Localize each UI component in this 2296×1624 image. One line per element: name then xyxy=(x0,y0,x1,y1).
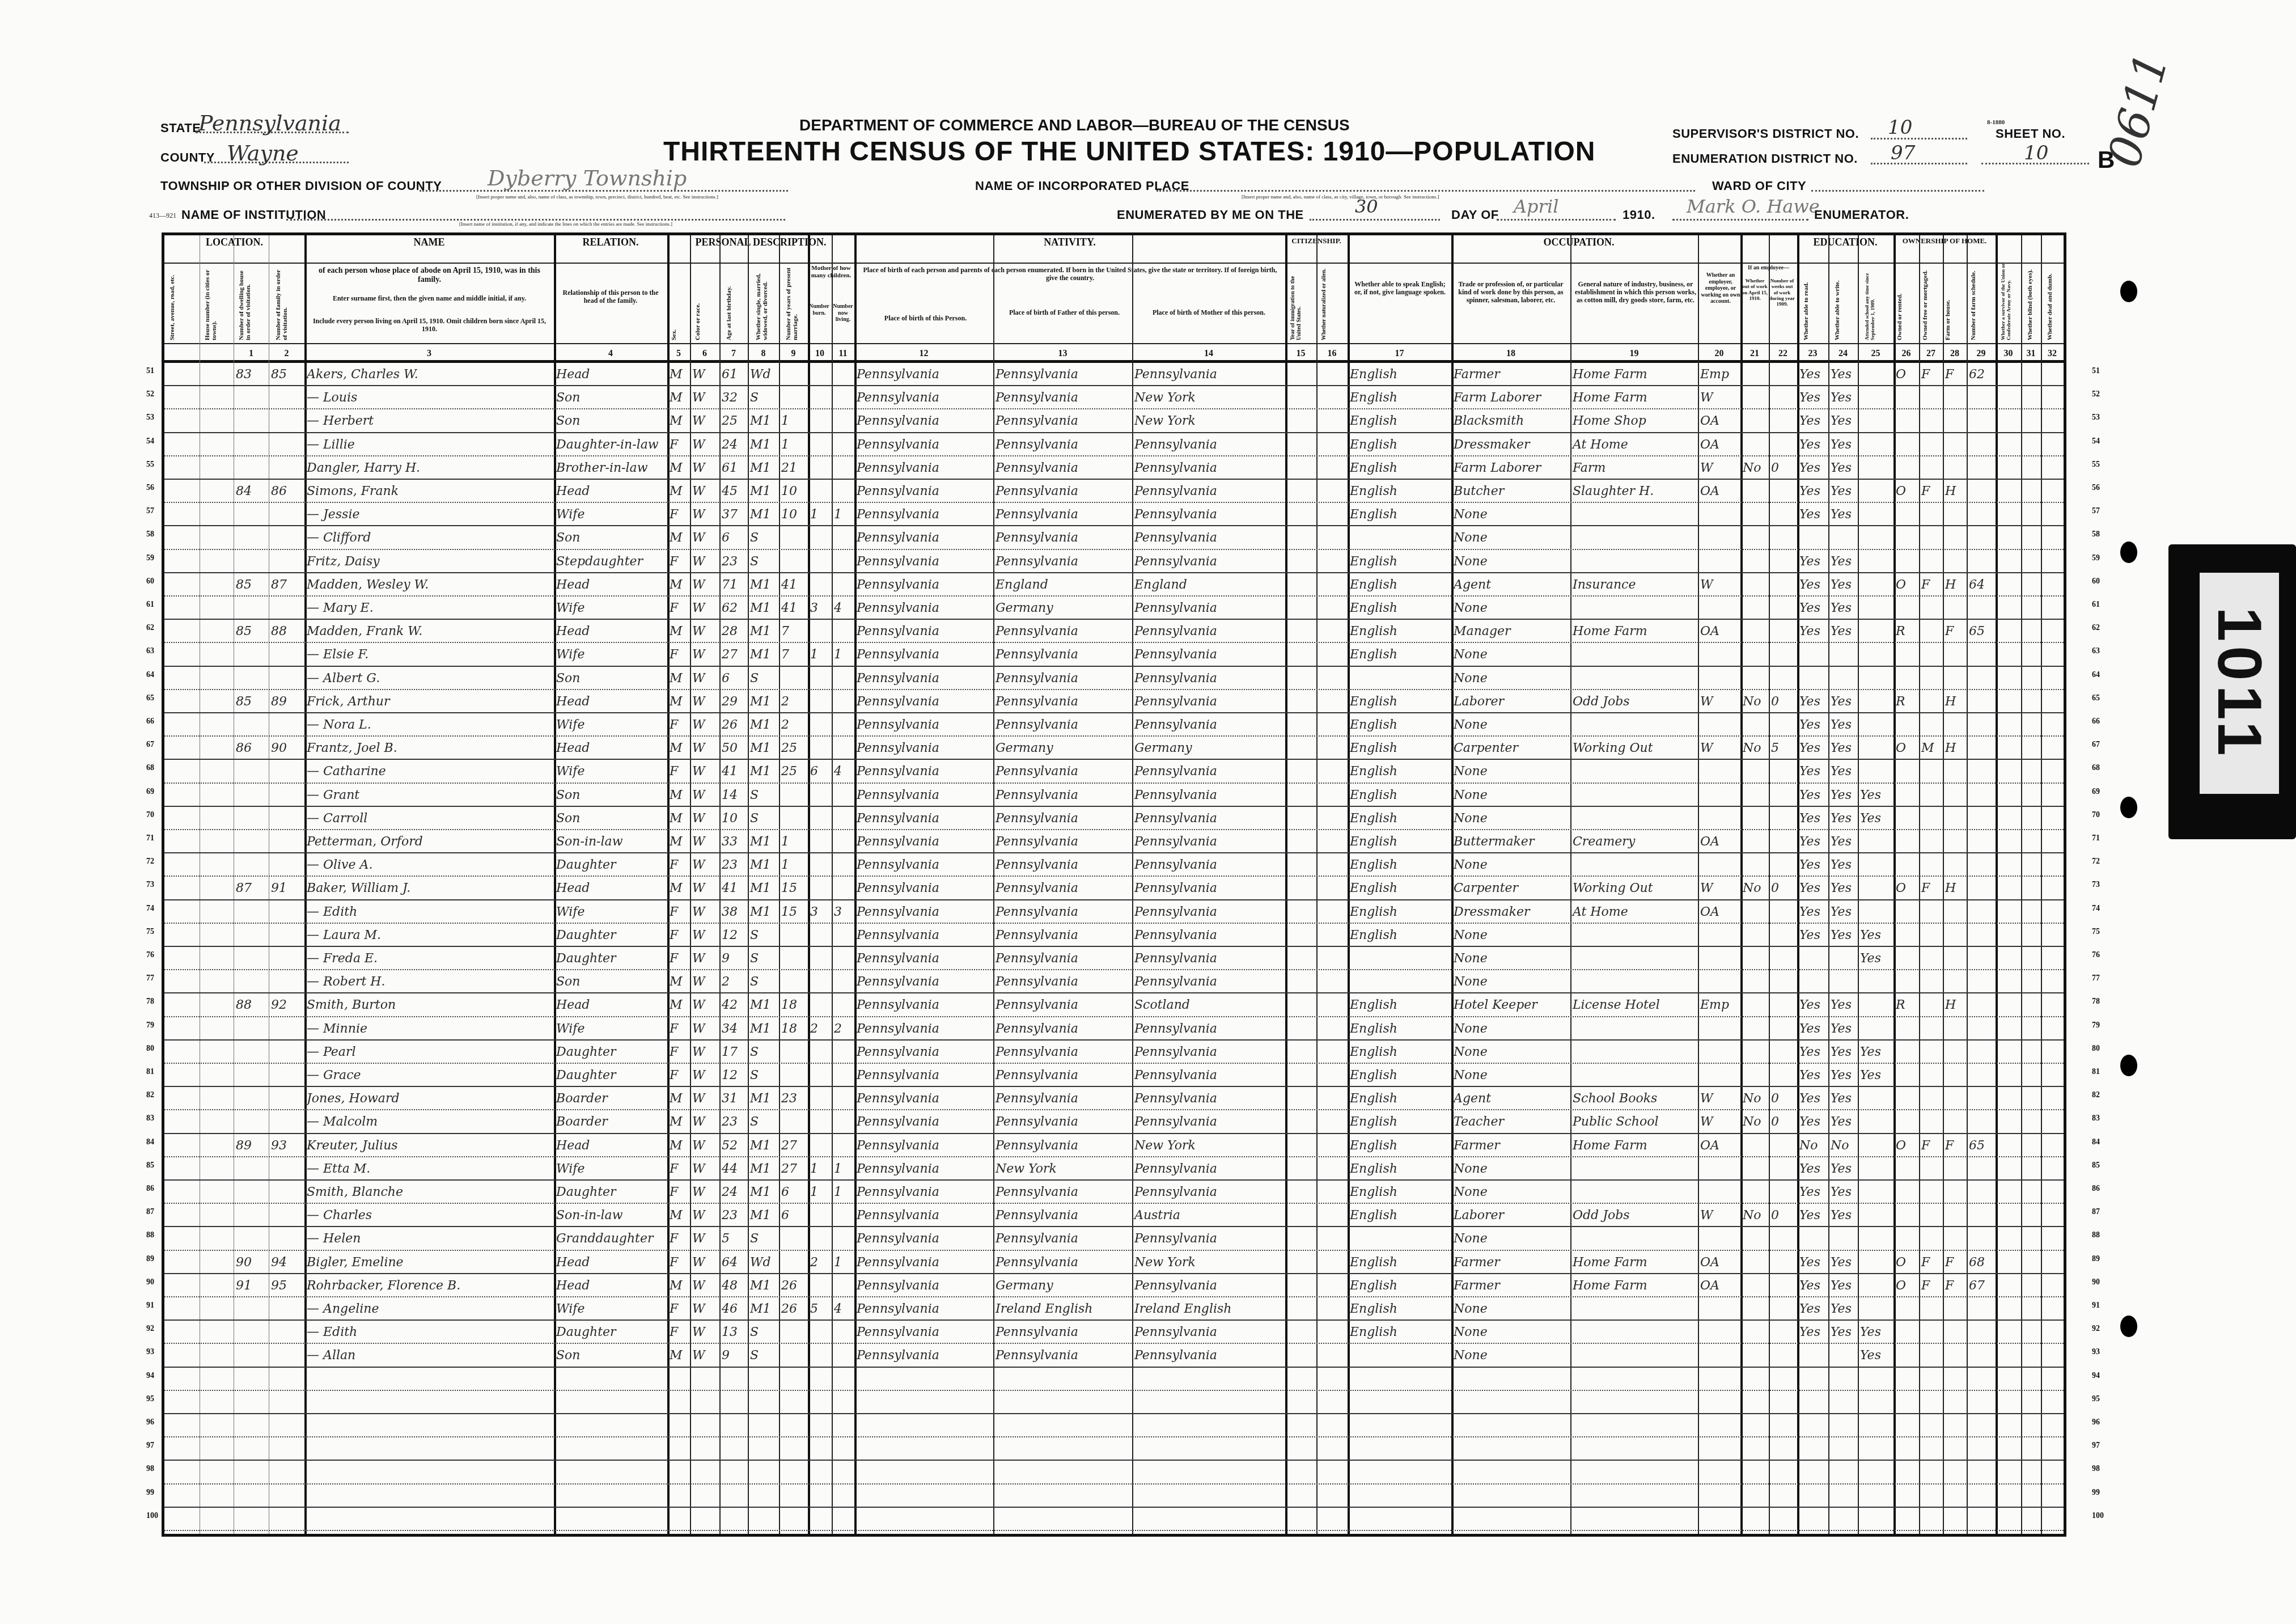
cell-lang: English xyxy=(1348,1064,1451,1087)
cell-living: 2 xyxy=(832,1017,854,1041)
cell-age: 61 xyxy=(719,363,748,386)
supervisor-label: SUPERVISOR'S DISTRICT NO. xyxy=(1672,126,1859,141)
cell-race: W xyxy=(690,1041,719,1064)
cell-sex: M xyxy=(667,1087,690,1110)
cell-write: Yes xyxy=(1828,1251,1858,1274)
cell-trade: None xyxy=(1451,760,1570,783)
cell-sex: M xyxy=(667,480,690,503)
cell-relation: Son xyxy=(554,526,667,549)
line-number: 75 xyxy=(146,928,154,937)
cell-race: W xyxy=(690,760,719,783)
cell-relation: Brother-in-law xyxy=(554,456,667,480)
cell-living: 1 xyxy=(832,643,854,666)
cell-write: Yes xyxy=(1828,1087,1858,1110)
cell-father: Pennsylvania xyxy=(993,456,1132,480)
cell-race: W xyxy=(690,1181,719,1204)
cell-sex: M xyxy=(667,737,690,760)
cell-sex: M xyxy=(667,970,690,993)
cell-farm: F xyxy=(1943,1251,1967,1274)
subhead-birth-person: Place of birth of this Person. xyxy=(859,315,992,323)
cell-industry: Home Shop xyxy=(1570,409,1698,433)
subhead-weeks-out: Number of weeks out of work during year … xyxy=(1769,278,1795,307)
line-number: 62 xyxy=(2092,624,2100,633)
cell-write: Yes xyxy=(1828,713,1858,737)
cell-trade: None xyxy=(1451,526,1570,549)
cell-living: 4 xyxy=(832,597,854,620)
cell-sex: M xyxy=(667,1110,690,1134)
cell-write: Yes xyxy=(1828,480,1858,503)
cell-father: Ireland English xyxy=(993,1297,1132,1321)
cell-free: F xyxy=(1919,877,1943,900)
cell-yrs: 15 xyxy=(779,900,808,924)
cell-birth: Pennsylvania xyxy=(854,1134,993,1157)
cell-trade: Farm Laborer xyxy=(1451,386,1570,409)
cell-school: Yes xyxy=(1858,807,1893,830)
cell-emp: W xyxy=(1698,690,1740,713)
cell-born: 2 xyxy=(808,1017,832,1041)
enumerator-label: ENUMERATOR. xyxy=(1814,208,1909,222)
column-number: 29 xyxy=(1967,349,1996,359)
cell-family: 87 xyxy=(269,573,304,597)
cell-age: 24 xyxy=(719,1181,748,1204)
cell-father: Pennsylvania xyxy=(993,1087,1132,1110)
cell-lang: English xyxy=(1348,760,1451,783)
line-number: 73 xyxy=(2092,881,2100,890)
cell-mother: Scotland xyxy=(1132,993,1285,1017)
cell-write: Yes xyxy=(1828,1017,1858,1041)
cell-write: Yes xyxy=(1828,807,1858,830)
line-number: 67 xyxy=(146,741,154,750)
cell-mother: Pennsylvania xyxy=(1132,924,1285,947)
line-number: 84 xyxy=(146,1138,154,1147)
line-number: 52 xyxy=(146,390,154,399)
cell-sex: M xyxy=(667,877,690,900)
cell-industry: Home Farm xyxy=(1570,363,1698,386)
line-number: 51 xyxy=(2092,367,2100,376)
cell-father: Germany xyxy=(993,737,1132,760)
cell-write: Yes xyxy=(1828,1181,1858,1204)
cell-trade: Teacher xyxy=(1451,1110,1570,1134)
cell-mother: Pennsylvania xyxy=(1132,947,1285,970)
cell-yrs: 15 xyxy=(779,877,808,900)
cell-lang: English xyxy=(1348,784,1451,807)
cell-living: 3 xyxy=(832,900,854,924)
cell-dwelling: 91 xyxy=(234,1274,269,1297)
cell-father: Pennsylvania xyxy=(993,643,1132,666)
cell-birth: Pennsylvania xyxy=(854,807,993,830)
table-row: 8486Simons, FrankHeadMW45M110Pennsylvani… xyxy=(164,480,2064,503)
cell-birth: Pennsylvania xyxy=(854,550,993,573)
cell-read: Yes xyxy=(1797,1087,1828,1110)
cell-father: Pennsylvania xyxy=(993,1110,1132,1134)
cell-weeks: 0 xyxy=(1769,1204,1797,1227)
cell-trade: Dressmaker xyxy=(1451,433,1570,456)
cell-industry: Home Farm xyxy=(1570,1251,1698,1274)
cell-birth: Pennsylvania xyxy=(854,1110,993,1134)
cell-birth: Pennsylvania xyxy=(854,503,993,526)
column-number: 16 xyxy=(1316,349,1348,359)
cell-write: Yes xyxy=(1828,737,1858,760)
cell-relation: Head xyxy=(554,877,667,900)
cell-race: W xyxy=(690,573,719,597)
county-value: Wayne xyxy=(227,141,299,166)
cell-marital: S xyxy=(748,1064,779,1087)
cell-age: 24 xyxy=(719,433,748,456)
cell-race: W xyxy=(690,830,719,853)
cell-dwelling: 84 xyxy=(234,480,269,503)
table-row: — AllanSonMW9SPennsylvaniaPennsylvaniaPe… xyxy=(164,1344,2064,1367)
cell-out: No xyxy=(1740,1110,1769,1134)
cell-name: — Etta M. xyxy=(304,1157,554,1181)
cell-race: W xyxy=(690,1297,719,1321)
cell-sched: 65 xyxy=(1967,1134,1996,1157)
table-row: — AngelineWifeFW46M12654PennsylvaniaIrel… xyxy=(164,1297,2064,1321)
line-number: 76 xyxy=(146,951,154,960)
cell-sex: M xyxy=(667,1274,690,1297)
cell-read: Yes xyxy=(1797,386,1828,409)
cell-free: F xyxy=(1919,1134,1943,1157)
line-number: 85 xyxy=(146,1161,154,1170)
cell-birth: Pennsylvania xyxy=(854,1087,993,1110)
column-number: 10 xyxy=(808,349,832,359)
line-number: 63 xyxy=(146,647,154,656)
subhead-relation: Relationship of this person to the head … xyxy=(557,289,664,305)
cell-father: Germany xyxy=(993,1274,1132,1297)
subhead-color: Color or race. xyxy=(694,267,701,340)
cell-age: 46 xyxy=(719,1297,748,1321)
cell-relation: Son xyxy=(554,667,667,690)
cell-yrs: 1 xyxy=(779,853,808,877)
cell-relation: Wife xyxy=(554,1157,667,1181)
cell-trade: None xyxy=(1451,1181,1570,1204)
group-nativity: NATIVITY. xyxy=(854,236,1285,248)
cell-trade: None xyxy=(1451,1297,1570,1321)
cell-born: 3 xyxy=(808,597,832,620)
cell-marital: M1 xyxy=(748,1204,779,1227)
cell-age: 6 xyxy=(719,667,748,690)
cell-mother: Pennsylvania xyxy=(1132,1110,1285,1134)
cell-own: O xyxy=(1893,573,1919,597)
cell-father: Pennsylvania xyxy=(993,807,1132,830)
column-number: 11 xyxy=(832,349,854,359)
cell-sched: 64 xyxy=(1967,573,1996,597)
cell-sex: M xyxy=(667,456,690,480)
table-row: — CliffordSonMW6SPennsylvaniaPennsylvani… xyxy=(164,526,2064,549)
cell-write: Yes xyxy=(1828,597,1858,620)
cell-yrs: 7 xyxy=(779,620,808,643)
cell-emp: OA xyxy=(1698,433,1740,456)
table-row: — LillieDaughter-in-lawFW24M11Pennsylvan… xyxy=(164,433,2064,456)
cell-sched: 65 xyxy=(1967,620,1996,643)
cell-trade: Farmer xyxy=(1451,1251,1570,1274)
cell-marital: M1 xyxy=(748,1087,779,1110)
cell-relation: Head xyxy=(554,737,667,760)
cell-age: 13 xyxy=(719,1321,748,1344)
table-row: 9195Rohrbacker, Florence B.HeadMW48M126P… xyxy=(164,1274,2064,1297)
cell-free: F xyxy=(1919,480,1943,503)
cell-emp: W xyxy=(1698,573,1740,597)
cell-write: Yes xyxy=(1828,993,1858,1017)
cell-race: W xyxy=(690,1321,719,1344)
cell-relation: Son-in-law xyxy=(554,830,667,853)
table-row: — Robert H.SonMW2SPennsylvaniaPennsylvan… xyxy=(164,970,2064,993)
line-number: 58 xyxy=(2092,530,2100,539)
cell-relation: Head xyxy=(554,1251,667,1274)
cell-name: — Freda E. xyxy=(304,947,554,970)
line-number: 98 xyxy=(146,1465,154,1474)
subhead-marital: Whether single, married, widowed, or div… xyxy=(755,267,769,340)
line-number: 69 xyxy=(146,788,154,797)
cell-born: 3 xyxy=(808,900,832,924)
cell-sex: F xyxy=(667,1321,690,1344)
cell-name: — Clifford xyxy=(304,526,554,549)
cell-lang: English xyxy=(1348,853,1451,877)
line-number: 81 xyxy=(2092,1068,2100,1077)
cell-father: Pennsylvania xyxy=(993,1181,1132,1204)
column-number: 5 xyxy=(667,349,690,359)
cell-father: Pennsylvania xyxy=(993,1227,1132,1250)
cell-read: Yes xyxy=(1797,1041,1828,1064)
cell-sex: M xyxy=(667,573,690,597)
cell-write: Yes xyxy=(1828,1297,1858,1321)
subhead-years-married: Number of years of present marriage. xyxy=(785,267,799,340)
cell-race: W xyxy=(690,1227,719,1250)
cell-name: — Charles xyxy=(304,1204,554,1227)
line-number: 80 xyxy=(146,1044,154,1054)
cell-name: — Elsie F. xyxy=(304,643,554,666)
cell-race: W xyxy=(690,924,719,947)
line-number: 96 xyxy=(2092,1418,2100,1427)
cell-school: Yes xyxy=(1858,1041,1893,1064)
cell-sex: F xyxy=(667,503,690,526)
column-number: 2 xyxy=(269,349,304,359)
cell-name: — Grant xyxy=(304,784,554,807)
punch-hole xyxy=(2120,797,2137,818)
incorporated-instruction: [Insert proper name and, also, name of c… xyxy=(1242,194,1439,200)
table-row: — MalcolmBoarderMW23SPennsylvaniaPennsyl… xyxy=(164,1110,2064,1134)
cell-relation: Daughter xyxy=(554,924,667,947)
cell-yrs: 18 xyxy=(779,1017,808,1041)
cell-industry: At Home xyxy=(1570,900,1698,924)
cell-birth: Pennsylvania xyxy=(854,737,993,760)
cell-living: 4 xyxy=(832,1297,854,1321)
cell-birth: Pennsylvania xyxy=(854,1274,993,1297)
table-row: — MinnieWifeFW34M11822PennsylvaniaPennsy… xyxy=(164,1017,2064,1041)
cell-age: 62 xyxy=(719,597,748,620)
enumerator-line xyxy=(1672,219,1808,221)
cell-mother: Pennsylvania xyxy=(1132,1181,1285,1204)
cell-mother: Pennsylvania xyxy=(1132,1227,1285,1250)
cell-marital: M1 xyxy=(748,480,779,503)
cell-dwelling: 85 xyxy=(234,690,269,713)
cell-trade: Dressmaker xyxy=(1451,900,1570,924)
column-number: 18 xyxy=(1451,349,1570,359)
cell-name: — Minnie xyxy=(304,1017,554,1041)
cell-out: No xyxy=(1740,690,1769,713)
cell-sex: F xyxy=(667,1064,690,1087)
enumeration-value: 97 xyxy=(1891,142,1915,164)
cell-marital: M1 xyxy=(748,409,779,433)
column-number: 12 xyxy=(854,349,993,359)
cell-trade: Agent xyxy=(1451,573,1570,597)
cell-yrs: 41 xyxy=(779,573,808,597)
line-number: 90 xyxy=(146,1278,154,1287)
cell-industry: Home Farm xyxy=(1570,1134,1698,1157)
table-row: — Freda E.DaughterFW9SPennsylvaniaPennsy… xyxy=(164,947,2064,970)
cell-lang: English xyxy=(1348,1321,1451,1344)
column-number: 21 xyxy=(1740,349,1769,359)
line-number: 52 xyxy=(2092,390,2100,399)
cell-industry: Home Farm xyxy=(1570,386,1698,409)
cell-sched: 68 xyxy=(1967,1251,1996,1274)
cell-age: 5 xyxy=(719,1227,748,1250)
cell-read: No xyxy=(1797,1134,1828,1157)
state-value: Pennsylvania xyxy=(198,111,341,136)
cell-birth: Pennsylvania xyxy=(854,970,993,993)
cell-emp: W xyxy=(1698,1087,1740,1110)
cell-mother: Pennsylvania xyxy=(1132,760,1285,783)
punch-hole xyxy=(2120,542,2137,563)
cell-school: Yes xyxy=(1858,1064,1893,1087)
cell-birth: Pennsylvania xyxy=(854,386,993,409)
cell-lang: English xyxy=(1348,1274,1451,1297)
cell-age: 37 xyxy=(719,503,748,526)
cell-age: 61 xyxy=(719,456,748,480)
table-row: — Olive A.DaughterFW23M11PennsylvaniaPen… xyxy=(164,853,2064,877)
column-number: 32 xyxy=(2041,349,2064,359)
line-number: 83 xyxy=(2092,1114,2100,1123)
cell-age: 42 xyxy=(719,993,748,1017)
cell-industry: Farm xyxy=(1570,456,1698,480)
cell-sex: F xyxy=(667,1157,690,1181)
subhead-language: Whether able to speak English; or, if no… xyxy=(1350,281,1450,297)
cell-race: W xyxy=(690,1064,719,1087)
cell-industry: Public School xyxy=(1570,1110,1698,1134)
table-row: Petterman, OrfordSon-in-lawMW33M11Pennsy… xyxy=(164,830,2064,853)
cell-trade: None xyxy=(1451,713,1570,737)
line-number: 55 xyxy=(2092,460,2100,470)
cell-trade: None xyxy=(1451,597,1570,620)
cell-relation: Wife xyxy=(554,1017,667,1041)
cell-marital: M1 xyxy=(748,713,779,737)
cell-mother: Pennsylvania xyxy=(1132,667,1285,690)
table-row: — GrantSonMW14SPennsylvaniaPennsylvaniaP… xyxy=(164,784,2064,807)
cell-race: W xyxy=(690,597,719,620)
cell-yrs: 7 xyxy=(779,643,808,666)
cell-relation: Wife xyxy=(554,760,667,783)
cell-read: Yes xyxy=(1797,830,1828,853)
table-row: — Laura M.DaughterFW12SPennsylvaniaPenns… xyxy=(164,924,2064,947)
subhead-born: Number born. xyxy=(808,303,831,316)
cell-mother: Pennsylvania xyxy=(1132,830,1285,853)
line-number: 64 xyxy=(146,671,154,680)
cell-trade: None xyxy=(1451,1017,1570,1041)
subhead-name-include: Include every person living on April 15,… xyxy=(309,318,550,333)
cell-emp: OA xyxy=(1698,1251,1740,1274)
header-rule xyxy=(164,263,2064,264)
cell-born: 6 xyxy=(808,760,832,783)
cell-birth: Pennsylvania xyxy=(854,1297,993,1321)
cell-read: Yes xyxy=(1797,690,1828,713)
cell-marital: M1 xyxy=(748,573,779,597)
cell-read: Yes xyxy=(1797,1274,1828,1297)
cell-birth: Pennsylvania xyxy=(854,853,993,877)
column-number: 19 xyxy=(1570,349,1698,359)
cell-dwelling: 87 xyxy=(234,877,269,900)
line-number: 87 xyxy=(146,1208,154,1217)
line-number: 62 xyxy=(146,624,154,633)
cell-mother: Pennsylvania xyxy=(1132,620,1285,643)
line-number: 63 xyxy=(2092,647,2100,656)
cell-race: W xyxy=(690,1344,719,1367)
cell-trade: None xyxy=(1451,807,1570,830)
group-occupation: OCCUPATION. xyxy=(1451,236,1706,248)
cell-mother: Pennsylvania xyxy=(1132,1041,1285,1064)
cell-family: 85 xyxy=(269,363,304,386)
cell-own: O xyxy=(1893,480,1919,503)
cell-race: W xyxy=(690,853,719,877)
cell-mother: Pennsylvania xyxy=(1132,807,1285,830)
cell-sex: F xyxy=(667,924,690,947)
table-row: Fritz, DaisyStepdaughterFW23SPennsylvani… xyxy=(164,550,2064,573)
line-number: 66 xyxy=(2092,717,2100,726)
cell-name: Rohrbacker, Florence B. xyxy=(304,1274,554,1297)
cell-race: W xyxy=(690,1110,719,1134)
cell-farm: F xyxy=(1943,620,1967,643)
cell-industry: Odd Jobs xyxy=(1570,690,1698,713)
cell-name: — Malcolm xyxy=(304,1110,554,1134)
cell-industry: Insurance xyxy=(1570,573,1698,597)
cell-free: M xyxy=(1919,737,1943,760)
line-number: 95 xyxy=(146,1395,154,1404)
cell-father: Pennsylvania xyxy=(993,363,1132,386)
line-number: 97 xyxy=(146,1441,154,1450)
cell-age: 71 xyxy=(719,573,748,597)
cell-birth: Pennsylvania xyxy=(854,690,993,713)
cell-sex: F xyxy=(667,597,690,620)
subhead-birth-mother: Place of birth of Mother of this person. xyxy=(1137,309,1281,317)
cell-read: Yes xyxy=(1797,1297,1828,1321)
line-number: 71 xyxy=(2092,834,2100,843)
cell-born: 1 xyxy=(808,1181,832,1204)
subhead-name-desc: of each person whose place of abode on A… xyxy=(309,267,550,285)
line-number: 56 xyxy=(146,484,154,493)
subhead-naturalized: Whether naturalized or alien. xyxy=(1321,267,1327,340)
line-number: 71 xyxy=(146,834,154,843)
cell-name: Petterman, Orford xyxy=(304,830,554,853)
cell-race: W xyxy=(690,1087,719,1110)
census-title: THIRTEENTH CENSUS OF THE UNITED STATES: … xyxy=(663,136,1595,167)
cell-trade: None xyxy=(1451,503,1570,526)
cell-lang: English xyxy=(1348,1087,1451,1110)
cell-industry: Working Out xyxy=(1570,737,1698,760)
line-number: 61 xyxy=(146,600,154,610)
cell-school: Yes xyxy=(1858,1321,1893,1344)
table-row: — CharlesSon-in-lawMW23M16PennsylvaniaPe… xyxy=(164,1204,2064,1227)
cell-read: Yes xyxy=(1797,924,1828,947)
township-value: Dyberry Township xyxy=(488,166,687,191)
cell-write: Yes xyxy=(1828,690,1858,713)
line-number: 65 xyxy=(146,694,154,703)
cell-age: 44 xyxy=(719,1157,748,1181)
cell-race: W xyxy=(690,526,719,549)
line-number: 69 xyxy=(2092,788,2100,797)
line-number: 72 xyxy=(146,857,154,866)
cell-read: Yes xyxy=(1797,597,1828,620)
cell-father: Pennsylvania xyxy=(993,924,1132,947)
cell-marital: M1 xyxy=(748,853,779,877)
cell-industry: Creamery xyxy=(1570,830,1698,853)
